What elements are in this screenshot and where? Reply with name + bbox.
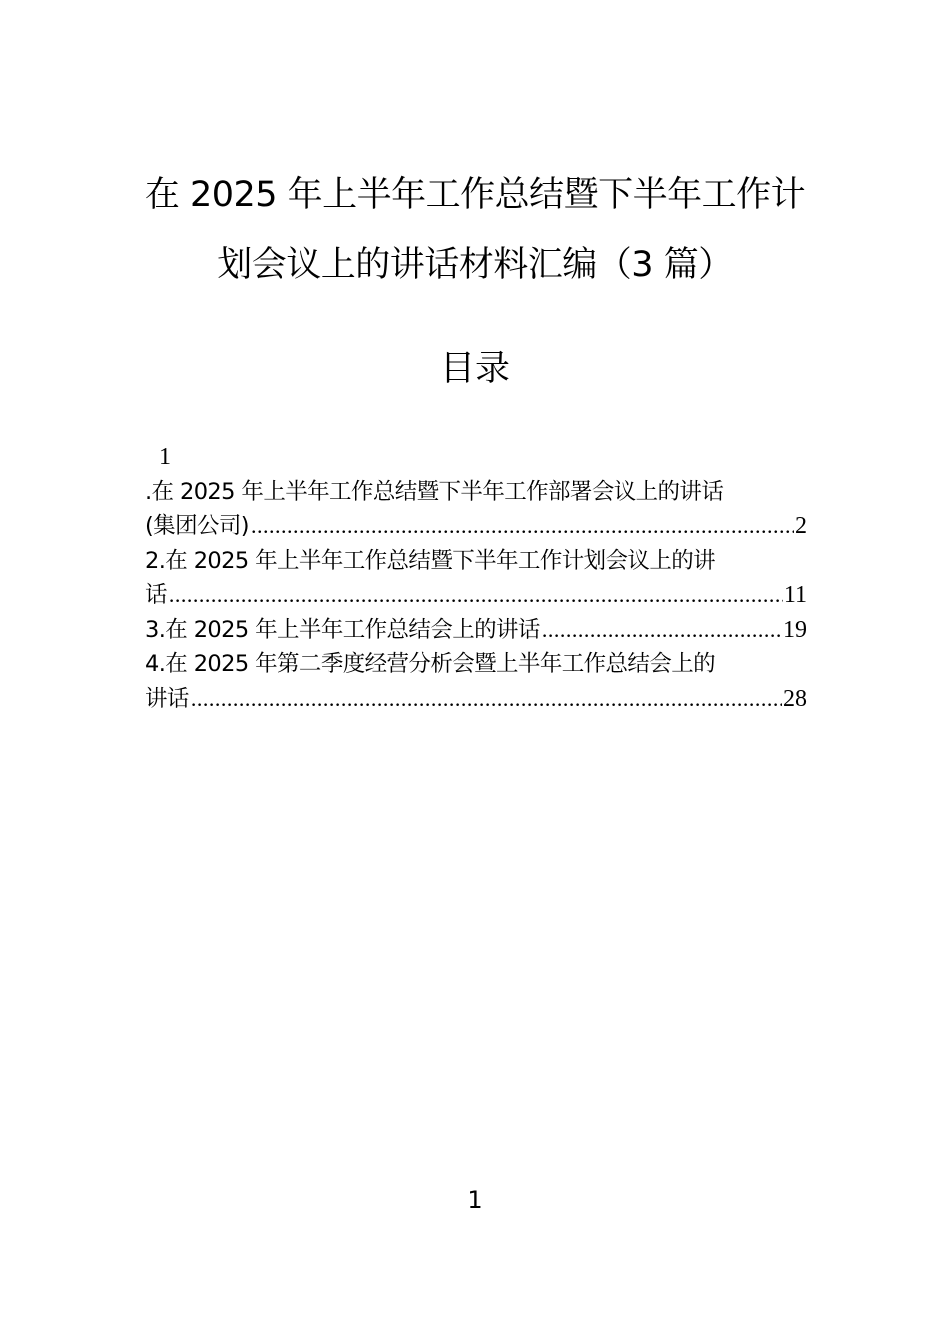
document-title-line-2: 划会议上的讲话材料汇编（3 篇）: [140, 248, 810, 283]
toc-entry-4[interactable]: 4.在 2025 年第二季度经营分析会暨上半年工作总结会上的: [145, 647, 807, 682]
toc-page-number: 2: [794, 509, 807, 544]
table-of-contents: 1 .在 2025 年上半年工作总结暨下半年工作部署会议上的讲话 (集团公司) …: [145, 440, 807, 716]
toc-entry-4-leader[interactable]: 讲话 28: [145, 682, 807, 717]
document-title-line-1: 在 2025 年上半年工作总结暨下半年工作计: [140, 178, 810, 213]
toc-entry-1-number: 1: [145, 440, 807, 475]
dot-leader: [169, 578, 783, 613]
toc-entry-text: (集团公司): [145, 509, 251, 544]
toc-entry-number: 1: [145, 444, 171, 470]
toc-entry-text: .在 2025 年上半年工作总结暨下半年工作部署会议上的讲话: [145, 479, 725, 505]
page-number: 1: [0, 1186, 950, 1214]
toc-entry-3[interactable]: 3.在 2025 年上半年工作总结会上的讲话 19: [145, 613, 807, 648]
toc-entry-2-leader[interactable]: 话 11: [145, 578, 807, 613]
toc-entry-text: 2.在 2025 年上半年工作总结暨下半年工作计划会议上的讲: [145, 548, 717, 574]
toc-entry-1[interactable]: .在 2025 年上半年工作总结暨下半年工作部署会议上的讲话: [145, 475, 807, 510]
toc-entry-text: 4.在 2025 年第二季度经营分析会暨上半年工作总结会上的: [145, 651, 717, 677]
toc-page-number: 11: [783, 578, 807, 613]
dot-leader: [191, 682, 782, 717]
toc-entry-1-leader[interactable]: (集团公司) 2: [145, 509, 807, 544]
dot-leader: [251, 509, 794, 544]
toc-entry-text: 讲话: [145, 682, 191, 717]
toc-page-number: 19: [782, 613, 807, 648]
toc-entry-text: 话: [145, 578, 169, 613]
toc-page-number: 28: [782, 682, 807, 717]
toc-heading: 目录: [0, 350, 950, 388]
document-page: 在 2025 年上半年工作总结暨下半年工作计 划会议上的讲话材料汇编（3 篇） …: [0, 0, 950, 1344]
toc-entry-text: 3.在 2025 年上半年工作总结会上的讲话: [145, 613, 542, 648]
toc-entry-2[interactable]: 2.在 2025 年上半年工作总结暨下半年工作计划会议上的讲: [145, 544, 807, 579]
dot-leader: [542, 613, 782, 648]
